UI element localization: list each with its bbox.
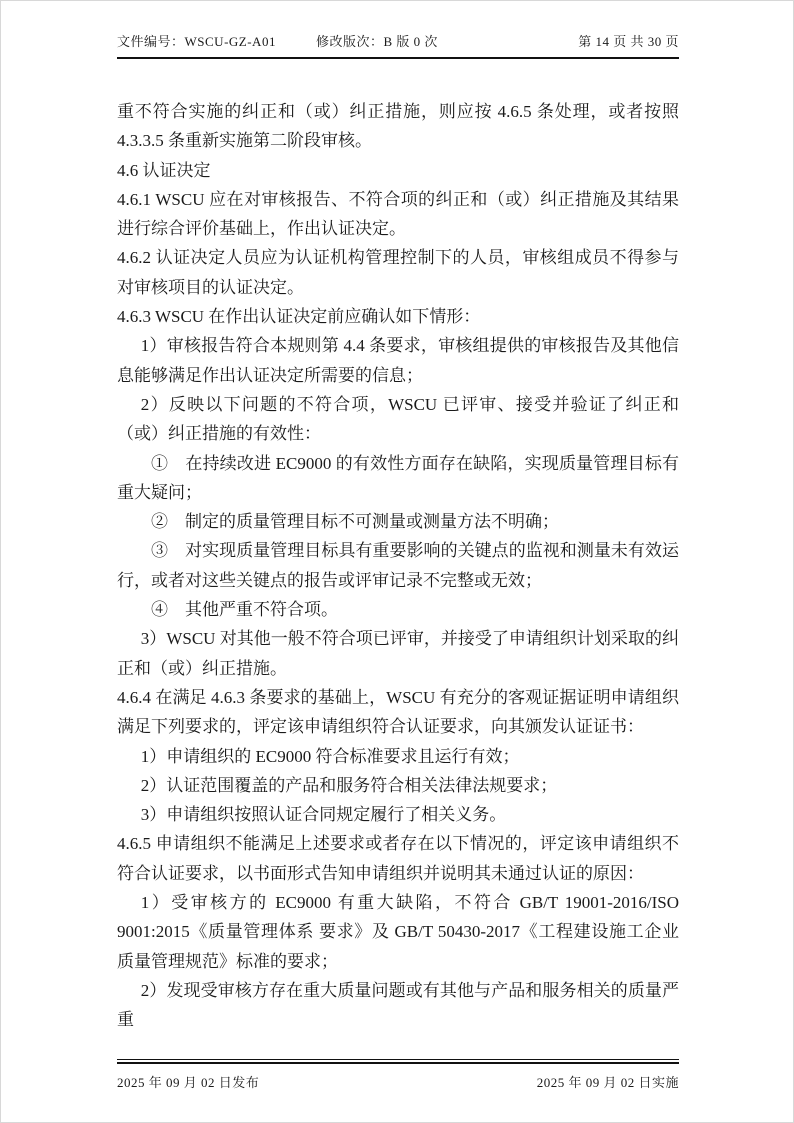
page-number-indicator: 第 14 页 共 30 页 — [578, 31, 679, 50]
header-row: 文件编号：WSCU-GZ-A01 修改版次：B 版 0 次 第 14 页 共 3… — [117, 31, 679, 50]
paragraph: 4.6.4 在满足 4.6.3 条要求的基础上，WSCU 有充分的客观证据证明申… — [117, 683, 679, 742]
page-header: 文件编号：WSCU-GZ-A01 修改版次：B 版 0 次 第 14 页 共 3… — [117, 31, 679, 59]
revision-value: B 版 0 次 — [383, 34, 437, 49]
paragraph: 1）审核报告符合本规则第 4.4 条要求，审核组提供的审核报告及其他信息能够满足… — [117, 331, 679, 390]
paragraph: 1）申请组织的 EC9000 符合标准要求且运行有效； — [117, 742, 679, 771]
paragraph: 3）WSCU 对其他一般不符合项已评审，并接受了申请组织计划采取的纠正和（或）纠… — [117, 624, 679, 683]
paragraph: 4.6 认证决定 — [117, 156, 679, 185]
doc-number: 文件编号：WSCU-GZ-A01 — [117, 31, 276, 50]
implement-date: 2025 年 09 月 02 日实施 — [537, 1072, 679, 1091]
paragraph: 3）申请组织按照认证合同规定履行了相关义务。 — [117, 800, 679, 829]
paragraph: ① 在持续改进 EC9000 的有效性方面存在缺陷，实现质量管理目标有重大疑问； — [117, 449, 679, 508]
paragraph: 4.6.1 WSCU 应在对审核报告、不符合项的纠正和（或）纠正措施及其结果进行… — [117, 185, 679, 244]
paragraph: ④ 其他严重不符合项。 — [117, 595, 679, 624]
paragraph: 重不符合实施的纠正和（或）纠正措施，则应按 4.6.5 条处理，或者按照 4.3… — [117, 97, 679, 156]
release-date: 2025 年 09 月 02 日发布 — [117, 1072, 259, 1091]
paragraph: 4.6.5 申请组织不能满足上述要求或者存在以下情况的，评定该申请组织不符合认证… — [117, 829, 679, 888]
paragraph: ② 制定的质量管理目标不可测量或测量方法不明确； — [117, 507, 679, 536]
header-rule — [117, 57, 679, 59]
paragraph: 2）反映以下问题的不符合项，WSCU 已评审、接受并验证了纠正和（或）纠正措施的… — [117, 390, 679, 449]
document-page: 文件编号：WSCU-GZ-A01 修改版次：B 版 0 次 第 14 页 共 3… — [0, 0, 794, 1123]
paragraph: 4.6.3 WSCU 在作出认证决定前应确认如下情形： — [117, 302, 679, 331]
page-footer: 2025 年 09 月 02 日发布 2025 年 09 月 02 日实施 — [117, 1059, 679, 1091]
paragraph: 2）发现受审核方存在重大质量问题或有其他与产品和服务相关的质量严重 — [117, 976, 679, 1035]
footer-rule — [117, 1059, 679, 1064]
revision: 修改版次：B 版 0 次 — [316, 31, 438, 50]
document-body: 重不符合实施的纠正和（或）纠正措施，则应按 4.6.5 条处理，或者按照 4.3… — [117, 97, 679, 1035]
footer-row: 2025 年 09 月 02 日发布 2025 年 09 月 02 日实施 — [117, 1072, 679, 1091]
paragraph: 4.6.2 认证决定人员应为认证机构管理控制下的人员，审核组成员不得参与对审核项… — [117, 243, 679, 302]
paragraph: ③ 对实现质量管理目标具有重要影响的关键点的监视和测量未有效运行，或者对这些关键… — [117, 536, 679, 595]
revision-label: 修改版次： — [316, 34, 384, 49]
doc-number-value: WSCU-GZ-A01 — [185, 34, 276, 49]
paragraph: 1）受审核方的 EC9000 有重大缺陷，不符合 GB/T 19001-2016… — [117, 888, 679, 976]
doc-number-label: 文件编号： — [117, 34, 185, 49]
paragraph: 2）认证范围覆盖的产品和服务符合相关法律法规要求； — [117, 771, 679, 800]
